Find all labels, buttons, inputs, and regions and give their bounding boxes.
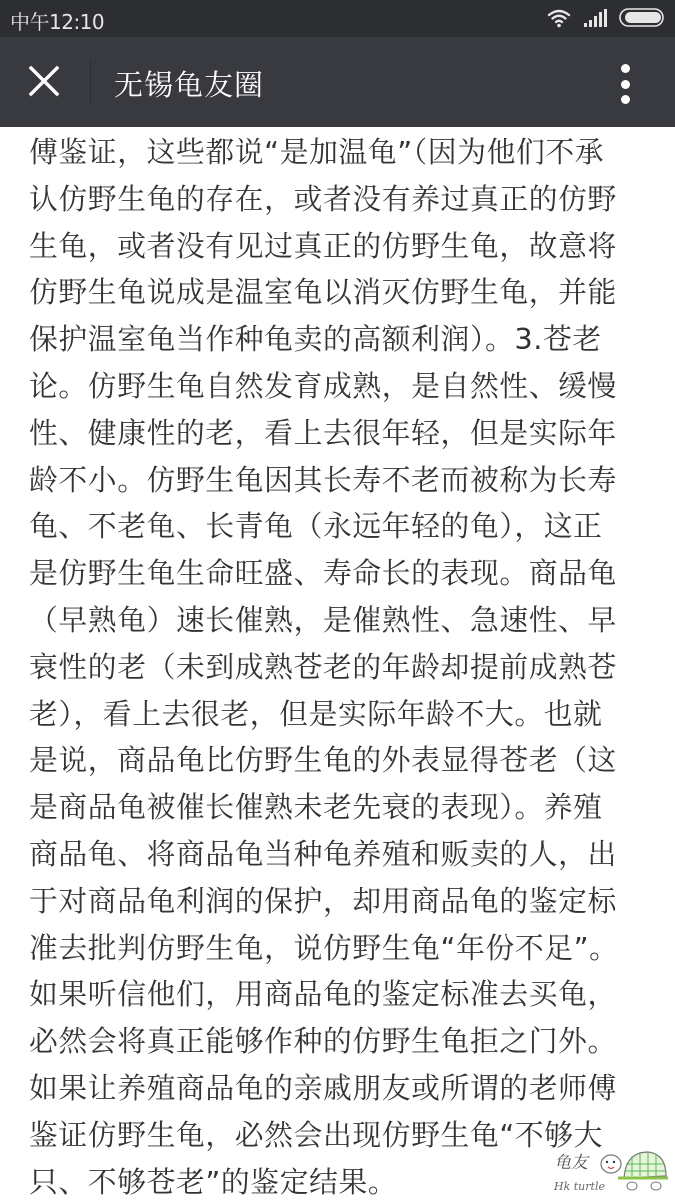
article-line: 认仿野生龟的存在，或者没有养过真正的仿野 xyxy=(29,176,649,223)
status-icons xyxy=(547,8,665,32)
article-line: 龟、不老龟、长青龟（永远年轻的龟），这正 xyxy=(29,503,649,550)
article-line: 如果让养殖商品龟的亲戚朋友或所谓的老师傅 xyxy=(29,1065,649,1112)
article-line: 生龟，或者没有见过真正的仿野生龟，故意将 xyxy=(29,223,649,270)
article-line: 龄不小。仿野生龟因其长寿不老而被称为长寿 xyxy=(29,457,649,504)
page-title: 无锡龟友圈 xyxy=(114,63,264,104)
more-options-button[interactable] xyxy=(605,59,645,109)
article-line: 保护温室龟当作种龟卖的高额利润）。3.苍老 xyxy=(29,316,649,363)
article-line: 论。仿野生龟自然发育成熟，是自然性、缓慢 xyxy=(29,363,649,410)
article-line: 如果听信他们，用商品龟的鉴定标准去买龟， xyxy=(29,971,649,1018)
nav-bar: 无锡龟友圈 xyxy=(0,37,675,127)
watermark-text-bottom: Hk turtle xyxy=(553,1180,605,1193)
watermark-text-top: 龟友 xyxy=(554,1153,590,1173)
close-button[interactable] xyxy=(20,59,68,107)
article-line: 商品龟、将商品龟当种龟养殖和贩卖的人，出 xyxy=(29,831,649,878)
watermark-logo: 龟友 Hk turtle xyxy=(552,1146,670,1198)
article-line: 准去批判仿野生龟，说仿野生龟“年份不足”。 xyxy=(29,925,649,972)
more-vertical-icon-dot xyxy=(621,64,630,73)
status-bar: 中午12:10 xyxy=(0,0,675,37)
article-line: 仿野生龟说成是温室龟以消灭仿野生龟，并能 xyxy=(29,269,649,316)
status-time: 中午12:10 xyxy=(10,6,104,35)
close-icon xyxy=(28,65,60,101)
wifi-icon xyxy=(547,8,571,32)
article-line: 于对商品龟利润的保护，却用商品龟的鉴定标 xyxy=(29,878,649,925)
article-line: 必然会将真正能够作种的仿野生龟拒之门外。 xyxy=(29,1018,649,1065)
article-line: 是商品龟被催长催熟未老先衰的表现）。养殖 xyxy=(29,784,649,831)
article-line: 是说，商品龟比仿野生龟的外表显得苍老（这 xyxy=(29,737,649,784)
article-line: 衰性的老（未到成熟苍老的年龄却提前成熟苍 xyxy=(29,644,649,691)
signal-icon xyxy=(583,9,607,31)
nav-divider xyxy=(90,61,91,105)
article-line: 性、健康性的老，看上去很年轻，但是实际年 xyxy=(29,410,649,457)
battery-icon xyxy=(619,8,665,32)
article-body: 傅鉴证，这些都说“是加温龟”（因为他们不承 认仿野生龟的存在，或者没有养过真正的… xyxy=(29,127,649,1200)
more-vertical-icon-dot xyxy=(621,80,630,89)
article-line: 老），看上去很老，但是实际年龄不大。也就 xyxy=(29,691,649,738)
turtle-icon xyxy=(601,1152,668,1190)
article-line: （早熟龟）速长催熟，是催熟性、急速性、早 xyxy=(29,597,649,644)
more-vertical-icon-dot xyxy=(621,95,630,104)
article-line: 傅鉴证，这些都说“是加温龟”（因为他们不承 xyxy=(29,129,649,176)
article-line: 是仿野生龟生命旺盛、寿命长的表现。商品龟 xyxy=(29,550,649,597)
